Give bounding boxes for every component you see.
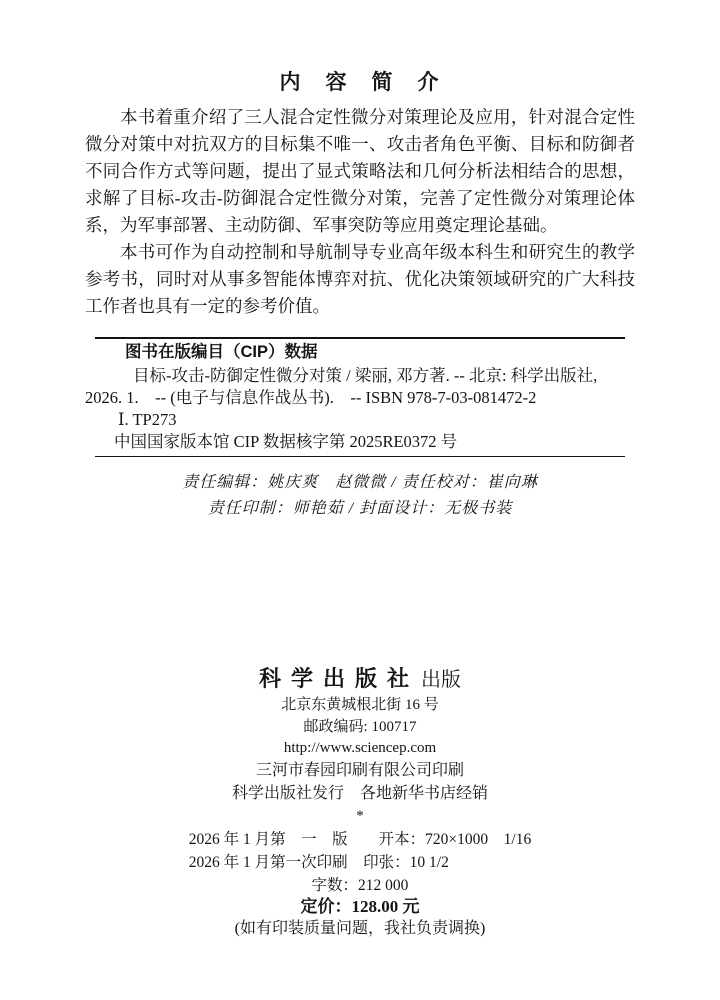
word-count-line: 字数：212 000 [85,875,635,897]
edition-dates-block: 2026 年 1 月第 一 版 开本：720×1000 1/16 2026 年 … [85,828,635,874]
intro-paragraph-2: 本书可作为自动控制和导航制导专业高年级本科生和研究生的教学参考书，同时对从事多智… [85,239,635,320]
cip-record-number: 中国国家版本馆 CIP 数据核字第 2025RE0372 号 [85,431,635,453]
printing-line: 2026 年 1 月第一次印刷 印张：10 1/2 [189,851,531,874]
quality-notice-line: (如有印装质量问题，我社负责调换) [85,918,635,940]
cip-section: 图书在版编目（CIP）数据 目标-攻击-防御定性微分对策 / 梁丽, 邓方著. … [85,337,635,457]
publisher-address: 北京东黄城根北街 16 号 [85,695,635,717]
printer-line: 三河市春园印刷有限公司印刷 [85,760,635,782]
cip-top-rule [95,337,625,339]
cip-heading: 图书在版编目（CIP）数据 [85,341,635,363]
colophon-section: 科学出版社 出版 北京东黄城根北街 16 号 邮政编码: 100717 http… [85,666,635,940]
publisher-logo: 科学出版社 [259,666,419,691]
credits-editors-line: 责任编辑：姚庆爽 赵微微 / 责任校对：崔向琳 [85,470,635,496]
edition-line: 2026 年 1 月第 一 版 开本：720×1000 1/16 [189,828,531,851]
credits-section: 责任编辑：姚庆爽 赵微微 / 责任校对：崔向琳 责任印制：师艳茹 / 封面设计：… [85,470,635,522]
publisher-postcode: 邮政编码: 100717 [85,717,635,739]
publisher-logo-line: 科学出版社 出版 [85,666,635,695]
cip-entry-line-1: 目标-攻击-防御定性微分对策 / 梁丽, 邓方著. -- 北京: 科学出版社, [85,365,635,387]
separator-asterisk: * [85,806,635,826]
page-title: 内 容 简 介 [85,68,635,98]
distribution-line: 科学出版社发行 各地新华书店经销 [85,783,635,805]
price-line: 定价：128.00 元 [85,896,635,918]
copyright-page: 内 容 简 介 本书着重介绍了三人混合定性微分对策理论及应用，针对混合定性微分对… [0,0,720,1000]
intro-paragraph-1: 本书着重介绍了三人混合定性微分对策理论及应用，针对混合定性微分对策中对抗双方的目… [85,104,635,239]
publisher-logo-suffix: 出版 [421,669,461,691]
credits-print-design-line: 责任印制：师艳茹 / 封面设计：无极书装 [85,496,635,522]
cip-entry-line-2: 2026. 1. -- (电子与信息作战丛书). -- ISBN 978-7-0… [85,387,635,409]
cip-classification: Ⅰ. TP273 [85,409,635,431]
publisher-website: http://www.sciencep.com [85,738,635,760]
cip-bottom-rule [95,456,625,458]
